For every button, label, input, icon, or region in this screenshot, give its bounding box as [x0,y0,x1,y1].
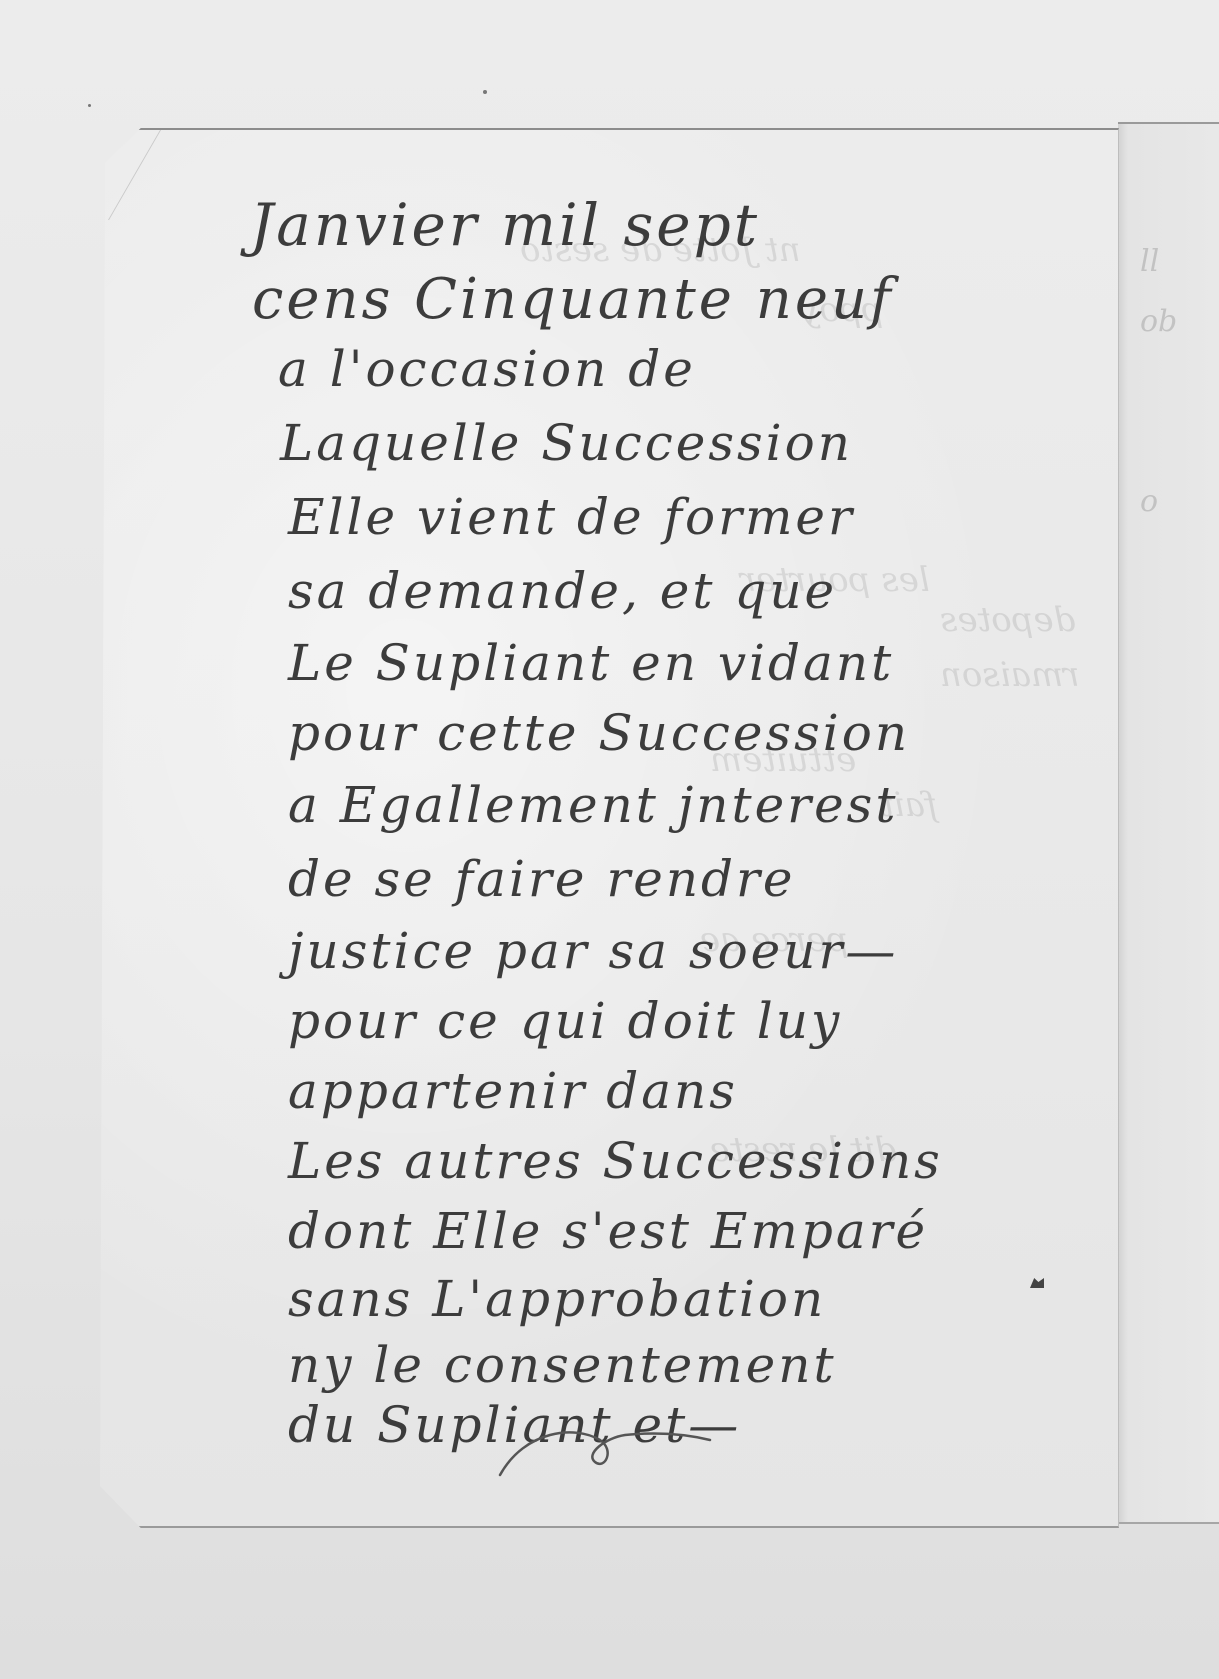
text-line: pour ce qui doit luy [288,996,842,1046]
text-line: a Egallement jnterest [288,780,898,830]
text-line: pour cette Succession [288,708,910,758]
facing-page-edge: ll ob o [1118,122,1219,1524]
text-line: Janvier mil sept [250,196,760,254]
manuscript-page: nt Jotte de sesto ppoy les pourter ettui… [100,128,1119,1528]
facing-page-bleed-text: ob [1140,304,1177,339]
text-line: a l'occasion de [278,344,696,394]
handwritten-text: Janvier mil sept cens Cinquante neuf a l… [100,130,1118,1526]
text-line: Le Supliant en vidant [288,638,894,688]
text-line: Laquelle Succession [280,418,853,468]
text-line: cens Cinquante neuf [252,272,894,328]
text-line: ny le consentement [288,1340,837,1390]
dust-speck [88,104,91,107]
text-line: Elle vient de former [288,492,855,542]
text-line: dont Elle s'est Emparé [288,1206,928,1256]
facing-page-bleed-text: o [1140,484,1158,519]
text-line: sans L'approbation [288,1274,826,1324]
dust-speck [483,90,487,94]
text-line: Les autres Successions [288,1136,943,1186]
text-line: sa demande, et que [288,566,837,616]
text-line: appartenir dans [288,1066,738,1116]
text-line: justice par sa soeur— [288,926,898,976]
facing-page-bleed-text: ll [1140,244,1159,279]
text-line: de se faire rendre [288,854,796,904]
closing-flourish [495,1420,715,1480]
